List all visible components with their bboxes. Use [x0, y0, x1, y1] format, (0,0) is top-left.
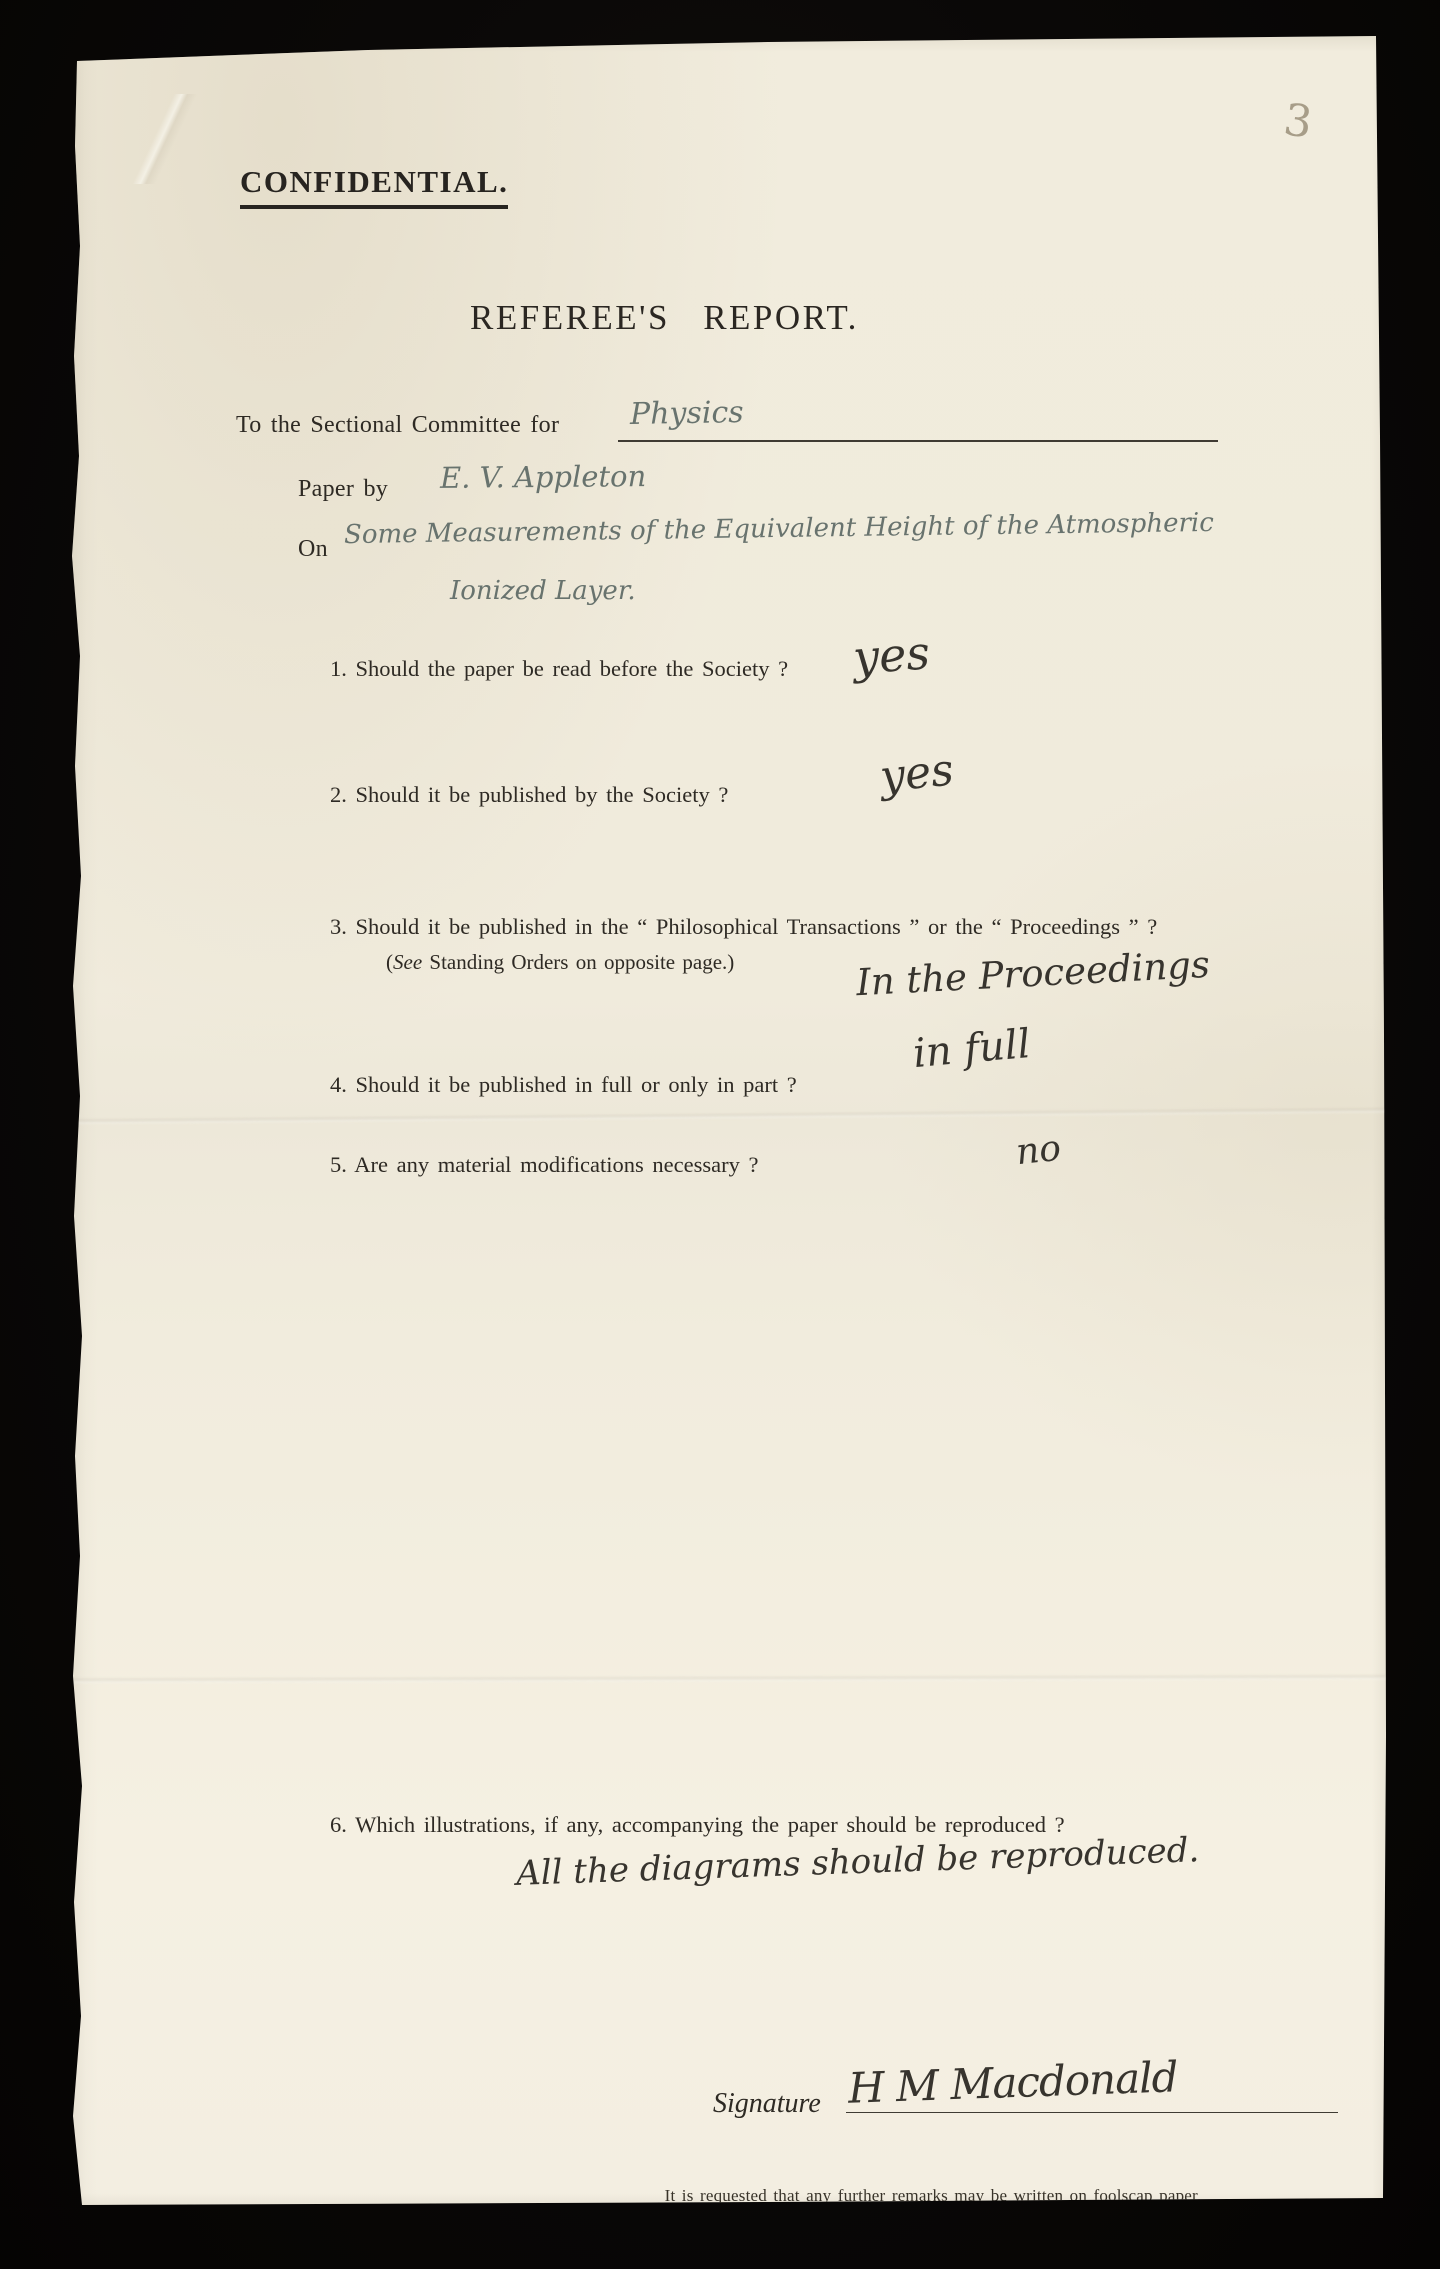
question-5-handwritten-answer: no	[1014, 1128, 1063, 1173]
question-4-handwritten-answer: in full	[911, 1021, 1032, 1077]
committee-rule	[618, 440, 1218, 442]
signature-label: Signature	[713, 2088, 821, 2120]
question-5: 5. Are any material modifications necess…	[330, 1152, 758, 1178]
question-3: 3. Should it be published in the “ Philo…	[330, 914, 1157, 940]
question-3-note-rest: Standing Orders on opposite page.)	[422, 950, 734, 974]
question-2-handwritten-answer: yes	[878, 744, 956, 802]
signature-rule	[846, 2112, 1338, 2113]
question-6: 6. Which illustrations, if any, accompan…	[330, 1812, 1065, 1838]
paper-by-label: Paper by	[298, 476, 388, 503]
corner-crease	[86, 94, 236, 184]
question-1-text: Should the paper be read before the Soci…	[356, 656, 789, 681]
subject-handwritten-line2: Ionized Layer.	[450, 576, 636, 606]
fold-line-upper	[68, 1108, 1386, 1124]
document-page: 3 CONFIDENTIAL. REFEREE'S REPORT. To the…	[68, 36, 1386, 2205]
question-3-note-see: See	[393, 950, 422, 974]
signature-handwritten-value: H M Macdonald	[847, 2052, 1178, 2112]
question-2-number: 2.	[330, 782, 347, 807]
question-1-handwritten-answer: yes	[851, 625, 931, 684]
confidential-stamp: CONFIDENTIAL.	[240, 164, 508, 209]
question-3-text: Should it be published in the “ Philosop…	[356, 914, 1158, 939]
question-6-handwritten-answer: All the diagrams should be reproduced.	[516, 1830, 1200, 1894]
question-6-number: 6.	[330, 1812, 347, 1837]
question-4: 4. Should it be published in full or onl…	[330, 1072, 797, 1098]
question-3-handwritten-answer: In the Proceedings	[855, 943, 1211, 1004]
question-1-number: 1.	[330, 656, 347, 681]
committee-handwritten-value: Physics	[630, 395, 744, 432]
question-2: 2. Should it be published by the Society…	[330, 782, 728, 808]
subject-label: On	[298, 536, 328, 563]
question-2-text: Should it be published by the Society ?	[356, 782, 729, 807]
question-5-text: Are any material modifications necessary…	[354, 1152, 758, 1177]
question-4-text: Should it be published in full or only i…	[356, 1072, 797, 1097]
question-3-number: 3.	[330, 914, 347, 939]
paper-sheet: 3 CONFIDENTIAL. REFEREE'S REPORT. To the…	[68, 36, 1386, 2205]
pencil-page-number: 3	[1281, 94, 1316, 148]
question-5-number: 5.	[330, 1152, 347, 1177]
question-6-text: Which illustrations, if any, accompanyin…	[355, 1812, 1065, 1837]
question-4-number: 4.	[330, 1072, 347, 1097]
question-1: 1. Should the paper be read before the S…	[330, 656, 788, 682]
paper-by-handwritten-value: E. V. Appleton	[440, 459, 647, 495]
committee-label: To the Sectional Committee for	[236, 412, 559, 439]
footer-note: It is requested that any further remarks…	[643, 2186, 1223, 2206]
subject-handwritten-line1: Some Measurements of the Equivalent Heig…	[344, 508, 1214, 550]
page-title: REFEREE'S REPORT.	[470, 298, 859, 338]
question-3-note: (See Standing Orders on opposite page.)	[386, 950, 734, 975]
fold-line-lower	[68, 1675, 1386, 1682]
question-3-note-open: (	[386, 950, 393, 974]
